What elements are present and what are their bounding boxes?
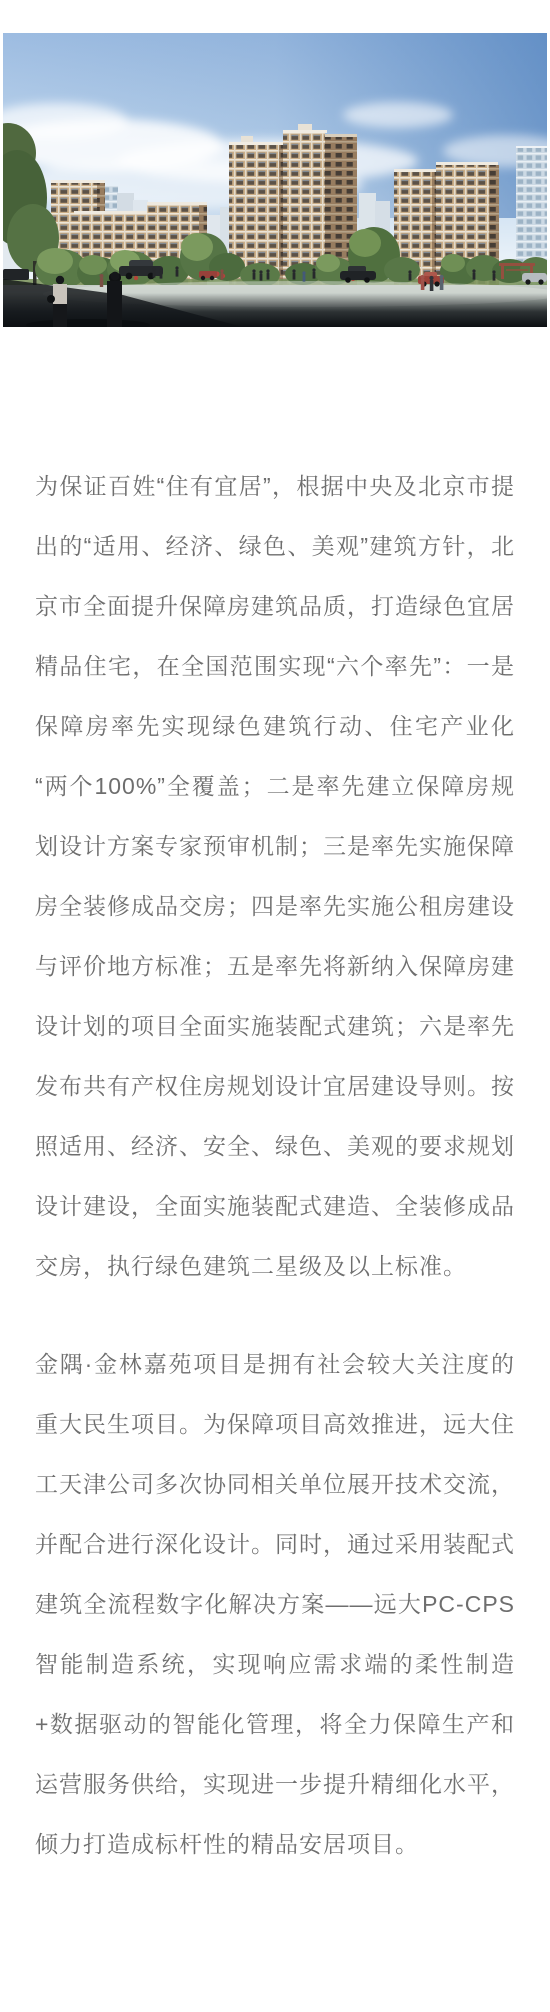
article-body: 为保证百姓“住有宜居”，根据中央及北京市提出的“适用、经济、绿色、美观”建筑方针… — [35, 456, 515, 1874]
article-page: 为保证百姓“住有宜居”，根据中央及北京市提出的“适用、经济、绿色、美观”建筑方针… — [0, 0, 550, 2012]
paragraph-1: 为保证百姓“住有宜居”，根据中央及北京市提出的“适用、经济、绿色、美观”建筑方针… — [35, 456, 515, 1296]
paragraph-2: 金隅·金林嘉苑项目是拥有社会较大关注度的重大民生项目。为保障项目高效推进，远大住… — [35, 1334, 515, 1874]
hero-image[interactable] — [3, 33, 547, 327]
hero-image-svg — [3, 33, 547, 327]
